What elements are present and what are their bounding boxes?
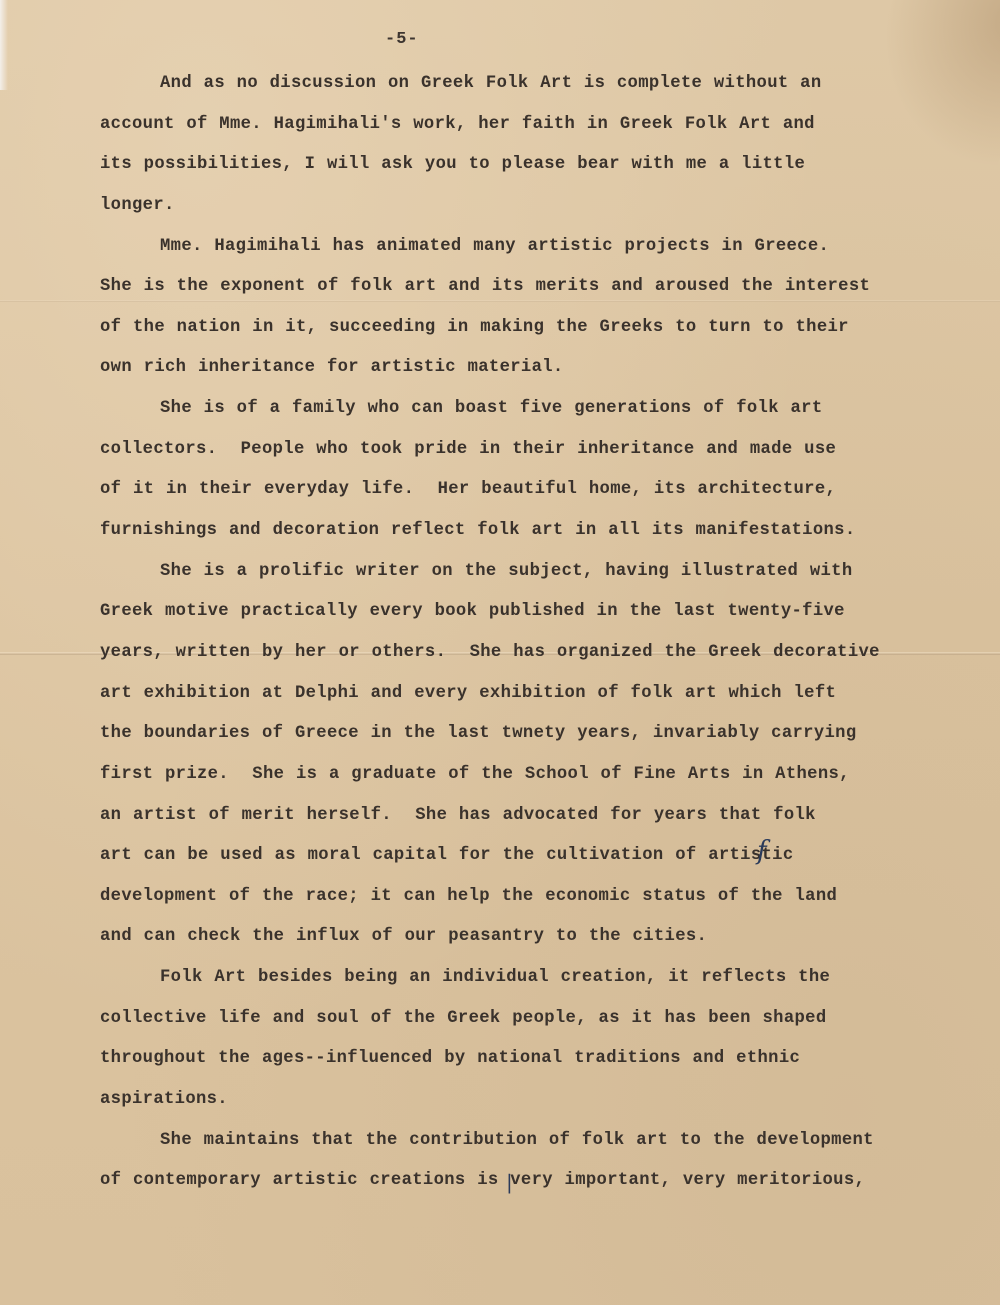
text-line: She is of a family who can boast five ge… [100,389,980,430]
text-line: She maintains that the contribution of f… [100,1121,980,1162]
text-line: aspirations. [100,1080,980,1121]
handwritten-correction-mark: f [757,836,767,866]
text-line: She is a prolific writer on the subject,… [100,552,980,593]
text-line: throughout the ages--influenced by natio… [100,1039,980,1080]
text-line: art exhibition at Delphi and every exhib… [100,674,980,715]
text-line: Greek motive practically every book publ… [100,592,980,633]
page-number: -5- [385,30,419,49]
text-line: longer. [100,186,980,227]
text-line: collectors. People who took pride in the… [100,430,980,471]
text-line: And as no discussion on Greek Folk Art i… [100,64,980,105]
text-line: and can check the influx of our peasantr… [100,917,980,958]
text-line: years, written by her or others. She has… [100,633,980,674]
torn-left-edge [0,0,8,90]
text-line: She is the exponent of folk art and its … [100,267,980,308]
text-line: Mme. Hagimihali has animated many artist… [100,227,980,268]
typed-body-text: And as no discussion on Greek Folk Art i… [100,64,980,1202]
text-line: development of the race; it can help the… [100,877,980,918]
text-line: the boundaries of Greece in the last twn… [100,714,980,755]
handwritten-insertion-mark: | [506,1170,513,1194]
text-line: of it in their everyday life. Her beauti… [100,470,980,511]
text-line: its possibilities, I will ask you to ple… [100,145,980,186]
text-line: Folk Art besides being an individual cre… [100,958,980,999]
text-line: of contemporary artistic creations is ve… [100,1161,980,1202]
text-line: collective life and soul of the Greek pe… [100,999,980,1040]
text-line: an artist of merit herself. She has advo… [100,796,980,837]
text-line: own rich inheritance for artistic materi… [100,348,980,389]
text-line: of the nation in it, succeeding in makin… [100,308,980,349]
text-line: first prize. She is a graduate of the Sc… [100,755,980,796]
text-line: account of Mme. Hagimihali's work, her f… [100,105,980,146]
text-line: art can be used as moral capital for the… [100,836,980,877]
text-line: furnishings and decoration reflect folk … [100,511,980,552]
